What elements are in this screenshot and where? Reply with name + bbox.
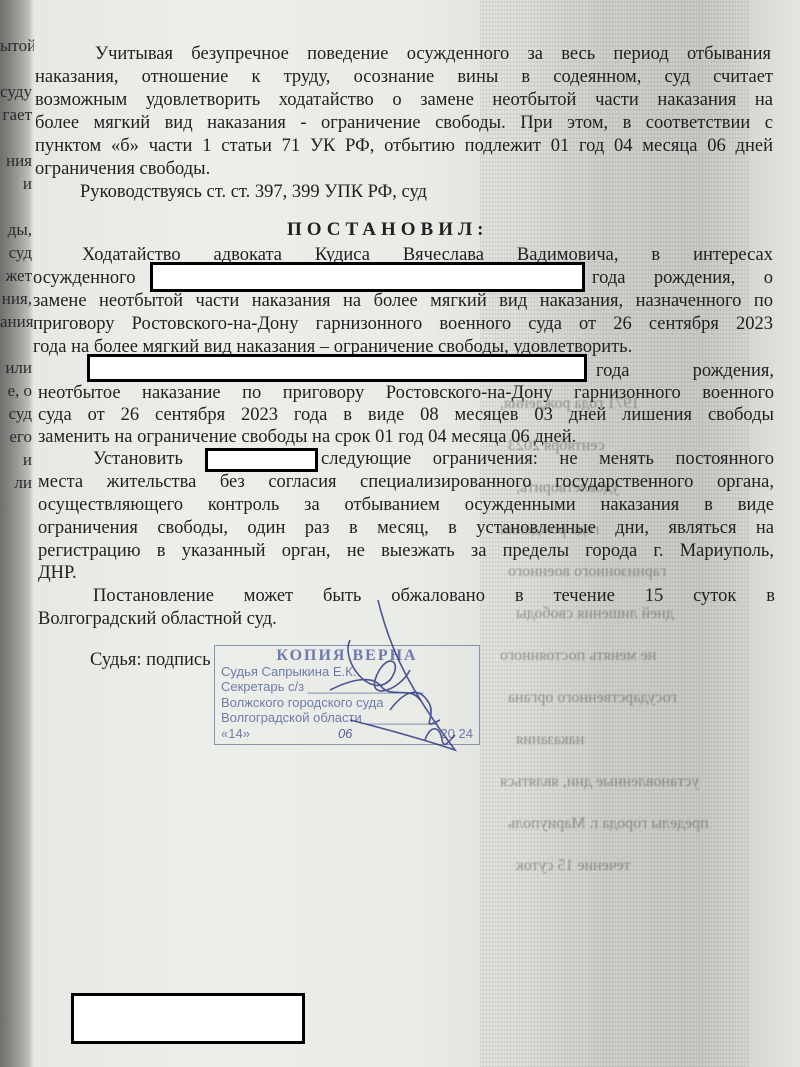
ghost-text: государственного органа <box>508 689 677 707</box>
margin-fragment: е, о <box>0 379 34 402</box>
stamp-region: Волгоградской области __________ <box>221 710 473 726</box>
text-line: Установить <box>93 449 183 470</box>
text-line: ограничения свободы, один раз в месяц, в… <box>38 518 774 539</box>
text-line: возможным удовлетворить ходатайство о за… <box>35 90 773 111</box>
ghost-text: течение 15 суток <box>516 857 631 875</box>
margin-fragment: ния, <box>0 287 34 310</box>
margin-fragment: и <box>0 448 34 471</box>
margin-fragment: ытой <box>0 34 34 57</box>
margin-fragment: ли <box>0 471 34 494</box>
text-line: осуществляющего контроль за отбыванием о… <box>38 495 774 516</box>
redaction-box <box>205 448 318 472</box>
stamp-secretary: Секретарь с/з ________________ <box>221 679 473 695</box>
text-line: осужденного <box>33 268 136 289</box>
text-line: суда от 26 сентября 2023 года в виде 08 … <box>38 405 774 426</box>
ghost-text: дней лишения свободы <box>516 605 674 623</box>
margin-fragment: его <box>0 425 34 448</box>
text-line: ДНР. <box>38 563 77 584</box>
certification-stamp: КОПИЯ ВЕРНА Судья Сапрыкина Е.К. Секрета… <box>214 645 480 745</box>
margin-fragment: и <box>0 172 34 195</box>
text-line: места жительства без согласия специализи… <box>38 472 774 493</box>
margin-fragment: ания <box>0 310 34 333</box>
text-line: ограничения свободы. <box>35 159 210 180</box>
ghost-text: гарнизонного военного <box>508 563 666 581</box>
margin-fragment <box>0 333 34 356</box>
text-line: приговору Ростовского-на-Дону гарнизонно… <box>33 314 773 335</box>
stamp-date: «14» 06 20 24 <box>221 726 473 742</box>
margin-fragment: суд <box>0 241 34 264</box>
ghost-text: пределы города г. Мариуполь <box>508 815 709 833</box>
margin-fragment: ды, <box>0 218 34 241</box>
ghost-text: установленные дни, являться <box>500 773 699 791</box>
text-line: регистрацию в указанный орган, не выезжа… <box>38 541 774 562</box>
ghost-text: не менять постоянного <box>500 647 656 665</box>
margin-fragment: ния <box>0 149 34 172</box>
margin-fragment: или <box>0 356 34 379</box>
redaction-box <box>87 354 587 382</box>
margin-fragment: жет <box>0 264 34 287</box>
text-line: заменить на ограничение свободы на срок … <box>38 427 576 448</box>
stamp-court: Волжского городского суда <box>221 695 473 711</box>
text-line: Волгоградский областной суд. <box>38 609 277 630</box>
margin-fragment: суд <box>0 402 34 425</box>
redaction-box <box>71 993 305 1044</box>
text-line: наказания, отношение к труду, осознание … <box>35 67 773 88</box>
margin-fragment <box>0 57 34 80</box>
text-line: замене неотбытой части наказания на боле… <box>33 291 773 312</box>
text-line: года рождения, о <box>592 268 773 289</box>
left-page-fragment: ытой судугает нияи ды,суджетния,ания или… <box>0 0 34 760</box>
text-line: Учитывая безупречное поведение осужденно… <box>95 44 771 65</box>
text-line: года рождения, <box>596 361 774 382</box>
text-line: Руководствуясь ст. ст. 397, 399 УПК РФ, … <box>80 182 427 203</box>
stamp-title: КОПИЯ ВЕРНА <box>221 648 473 664</box>
stamp-judge: Судья Сапрыкина Е.К. <box>221 664 473 680</box>
text-line: Постановление может быть обжаловано в те… <box>93 586 775 607</box>
text-line: более мягкий вид наказания - ограничение… <box>35 113 773 134</box>
signature-label: Судья: подпись <box>90 650 211 671</box>
margin-fragment <box>0 195 34 218</box>
margin-fragment <box>0 126 34 149</box>
text-line: следующие ограничения: не менять постоян… <box>321 449 774 470</box>
text-line: неотбытое наказание по приговору Ростовс… <box>38 383 774 404</box>
margin-fragment: гает <box>0 103 34 126</box>
margin-fragment: суду <box>0 80 34 103</box>
ghost-text: наказания <box>516 731 584 749</box>
redaction-box <box>150 262 585 292</box>
ruling-heading: ПОСТАНОВИЛ: <box>287 219 488 241</box>
text-line: пунктом «б» части 1 статьи 71 УК РФ, отб… <box>35 136 773 157</box>
